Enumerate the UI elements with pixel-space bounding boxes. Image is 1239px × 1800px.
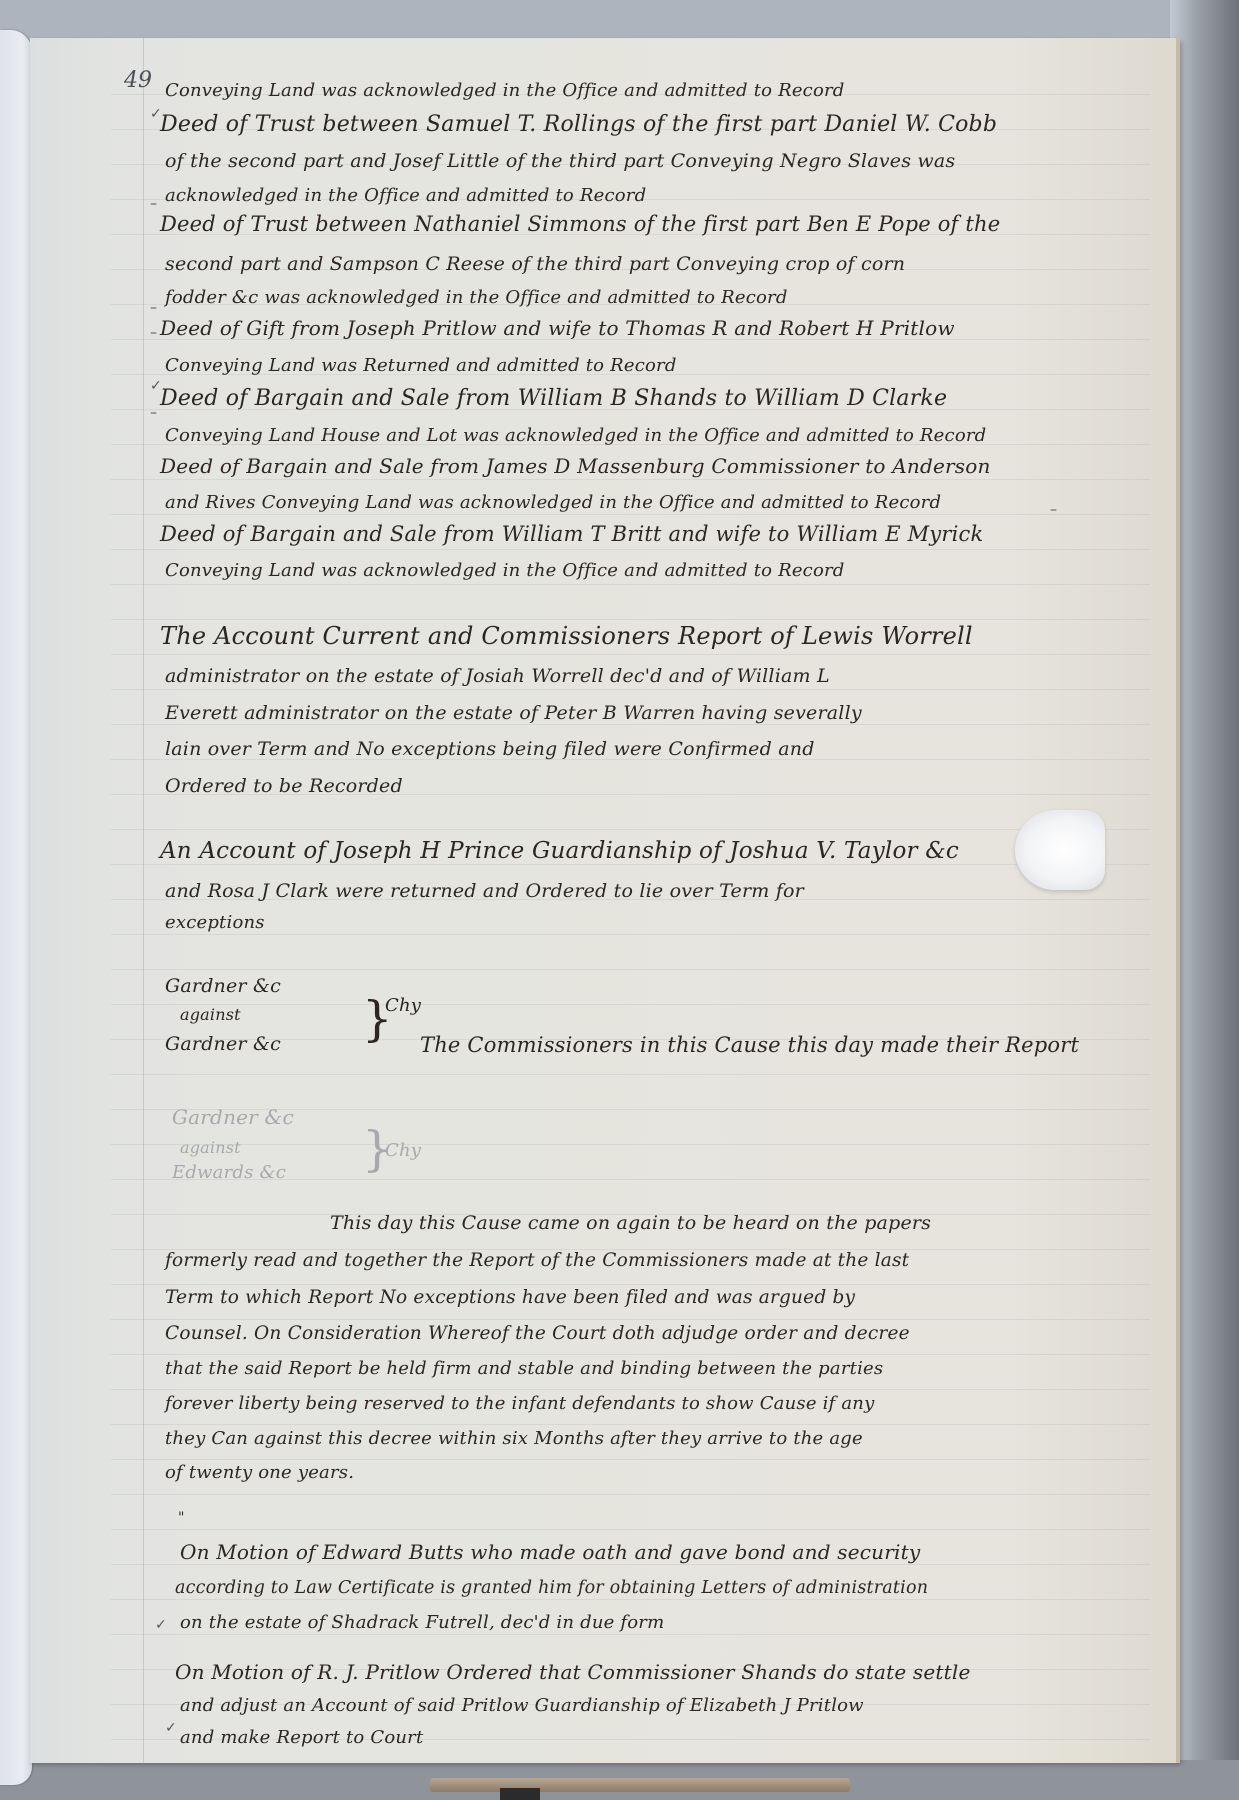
margin-tick: – — [150, 300, 157, 316]
entry-line: This day this Cause came on again to be … — [330, 1212, 931, 1234]
margin-tick: – — [150, 196, 157, 212]
entry-line: fodder &c was acknowledged in the Office… — [165, 287, 788, 308]
entry-line: Term to which Report No exceptions have … — [165, 1287, 855, 1308]
entry-line: and Rosa J Clark were returned and Order… — [165, 880, 804, 902]
entry-line: Conveying Land was acknowledged in the O… — [165, 80, 845, 101]
case-plaintiff: Gardner &c — [172, 1105, 294, 1129]
margin-tick: ✓ — [155, 1617, 167, 1633]
margin-tick: ✓ — [165, 1720, 177, 1736]
entry-line: Conveying Land was acknowledged in the O… — [165, 560, 845, 581]
entry-line: forever liberty being reserved to the in… — [165, 1393, 874, 1414]
case-defendant: Edwards &c — [172, 1162, 286, 1183]
entry-line: Deed of Trust between Nathaniel Simmons … — [160, 212, 1000, 236]
margin-tick: – — [1050, 502, 1057, 518]
background-shadow — [1170, 0, 1239, 1800]
entry-line: An Account of Joseph H Prince Guardiansh… — [160, 838, 959, 864]
entry-line: according to Law Certificate is granted … — [175, 1578, 928, 1598]
entry-line: Deed of Gift from Joseph Pritlow and wif… — [160, 316, 955, 340]
case-plaintiff: Gardner &c — [165, 975, 281, 997]
entry-line: of the second part and Josef Little of t… — [165, 150, 955, 172]
page-number: 49 — [124, 68, 152, 93]
entry-line: On Motion of Edward Butts who made oath … — [180, 1540, 920, 1564]
entry-line: formerly read and together the Report of… — [165, 1250, 909, 1271]
gloved-finger — [1015, 810, 1105, 890]
margin-tick: – — [150, 325, 157, 341]
entry-line: Deed of Trust between Samuel T. Rollings… — [160, 112, 997, 137]
entry-line: Everett administrator on the estate of P… — [165, 702, 862, 724]
entry-line: administrator on the estate of Josiah Wo… — [165, 665, 830, 687]
entry-line: On Motion of R. J. Pritlow Ordered that … — [175, 1660, 971, 1684]
facing-page-edge — [0, 30, 32, 1785]
entry-line: second part and Sampson C Reese of the t… — [165, 253, 905, 275]
entry-line: Ordered to be Recorded — [165, 775, 403, 797]
entry-line: Deed of Bargain and Sale from James D Ma… — [160, 454, 991, 478]
entry-line: Deed of Bargain and Sale from William B … — [160, 386, 947, 411]
page-fore-edge — [1176, 38, 1180, 1763]
entry-line: Conveying Land House and Lot was acknowl… — [165, 425, 986, 446]
page-block-bottom — [430, 1778, 850, 1792]
entry-line: The Commissioners in this Cause this day… — [420, 1033, 1079, 1057]
entry-line: and make Report to Court — [180, 1727, 423, 1748]
margin-tick: – — [150, 405, 157, 421]
ditto-mark: " — [178, 1510, 185, 1526]
book-tab — [500, 1788, 540, 1800]
entry-line: Counsel. On Consideration Whereof the Co… — [165, 1323, 910, 1344]
entry-line: that the said Report be held firm and st… — [165, 1358, 883, 1379]
case-court: Chy — [385, 995, 421, 1016]
entry-line: The Account Current and Commissioners Re… — [160, 622, 973, 650]
case-court: Chy — [385, 1140, 421, 1161]
case-against: against — [180, 1005, 241, 1024]
entry-line: exceptions — [165, 912, 265, 933]
case-against: against — [180, 1138, 241, 1157]
entry-line: acknowledged in the Office and admitted … — [165, 185, 646, 206]
entry-line: on the estate of Shadrack Futrell, dec'd… — [180, 1612, 664, 1633]
entry-line: and Rives Conveying Land was acknowledge… — [165, 492, 941, 513]
entry-line: they Can against this decree within six … — [165, 1428, 863, 1449]
entry-line: Conveying Land was Returned and admitted… — [165, 355, 677, 376]
entry-line: and adjust an Account of said Pritlow Gu… — [180, 1695, 864, 1716]
entry-line: Deed of Bargain and Sale from William T … — [160, 522, 983, 546]
margin-rule — [143, 38, 144, 1763]
entry-line: of twenty one years. — [165, 1462, 354, 1483]
case-defendant: Gardner &c — [165, 1033, 281, 1055]
entry-line: lain over Term and No exceptions being f… — [165, 738, 815, 760]
